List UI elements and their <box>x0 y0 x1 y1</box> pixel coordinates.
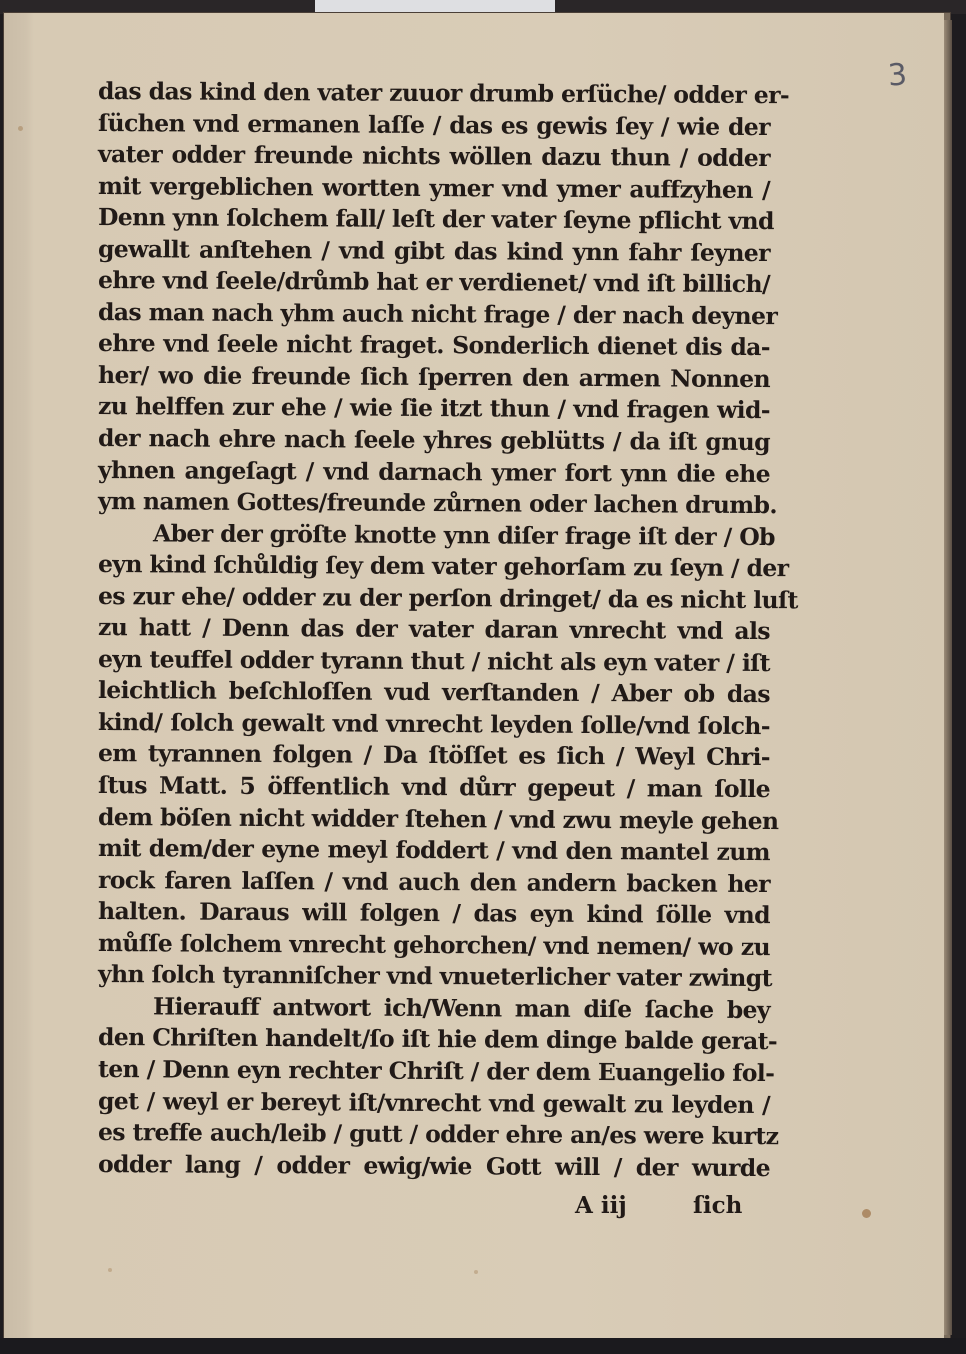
text-line: rock faren laſſen / vnd auch den andern … <box>98 865 770 901</box>
text-line: ten / Denn eyn rechter Chriſt / der dem … <box>98 1054 770 1090</box>
text-line: den Chriſten handelt/ſo iſt hie dem ding… <box>98 1022 770 1058</box>
text-line: halten. Daraus will folgen / das eyn kin… <box>98 896 770 932</box>
text-line: eyn teuffel odder tyrann thut / nicht al… <box>98 644 770 680</box>
scan-background-bottom <box>0 1338 966 1354</box>
text-line: yhn ſolch tyranniſcher vnd vnueterlicher… <box>98 959 770 995</box>
text-line: em tyrannen folgen / Da ſtöſſet es ſich … <box>98 738 770 774</box>
text-line: leichtlich beſchloſſen vud verſtanden / … <box>98 675 770 711</box>
foxing-spot <box>862 1209 871 1218</box>
text-line: get / weyl er bereyt iſt/vnrecht vnd gew… <box>98 1086 770 1122</box>
text-line: kind/ ſolch gewalt vnd vnrecht leyden ſo… <box>98 707 770 743</box>
text-line: zu hatt / Denn das der vater daran vnrec… <box>98 612 770 648</box>
signature-mark: A iij <box>575 1192 627 1219</box>
paragraph-start-line: Hierauff antwort ich/Wenn man diſe ſache… <box>98 991 770 1027</box>
text-line: es treffe auch/leib / gutt / odder ehre … <box>98 1117 770 1153</box>
text-line: odder lang / odder ewig/wie Gott will / … <box>98 1149 770 1185</box>
text-line: yhnen angeſagt / vnd darnach ymer fort y… <box>98 455 770 491</box>
foxing-spot <box>108 1268 112 1272</box>
text-line: zu helffen zur ehe / wie ſie itzt thun /… <box>98 391 770 427</box>
text-line: eyn kind ſchůldig ſey dem vater gehorſam… <box>98 549 770 585</box>
text-line: der nach ehre nach ſeele yhres geblütts … <box>98 423 770 459</box>
handwritten-page-number: 3 <box>887 57 908 93</box>
text-line: mit vergeblichen wortten ymer vnd ymer a… <box>98 171 770 207</box>
text-line: ehre vnd ſeele nicht fraget. Sonderlich … <box>98 328 770 364</box>
text-line: das man nach yhm auch nicht frage / der … <box>98 297 770 333</box>
text-line: můſſe ſolchem vnrecht gehorchen/ vnd nem… <box>98 928 770 964</box>
body-text: das das kind den vater zuuor drumb erſüc… <box>98 76 770 1180</box>
text-line: ehre vnd ſeele/drůmb hat er verdienet/ v… <box>98 265 770 301</box>
text-line: dem böſen nicht widder ſtehen / vnd zwu … <box>98 802 770 838</box>
foxing-spot <box>18 126 23 131</box>
foxing-spot <box>474 1270 478 1274</box>
text-line: gewallt anſtehen / vnd gibt das kind ynn… <box>98 234 770 270</box>
paragraph-start-line: Aber der gröſte knotte ynn diſer frage i… <box>98 518 770 554</box>
text-line: mit dem/der eyne meyl foddert / vnd den … <box>98 833 770 869</box>
text-line: ſüchen vnd ermanen laſſe / das es gewis … <box>98 108 770 144</box>
text-line: ym namen Gottes/freunde zůrnen oder lach… <box>98 486 770 522</box>
text-line: her/ wo die freunde ſich ſperren den arm… <box>98 360 770 396</box>
text-line: Denn ynn ſolchem fall/ leſt der vater ſe… <box>98 202 770 238</box>
catchword: ſich <box>693 1192 742 1219</box>
text-line: das das kind den vater zuuor drumb erſüc… <box>98 76 770 112</box>
text-line: es zur ehe/ odder zu der perſon dringet/… <box>98 581 770 617</box>
text-line: ſtus Matt. 5 öffentlich vnd důrr gepeut … <box>98 770 770 806</box>
page-edge <box>944 20 952 1335</box>
text-line: vater odder freunde nichts wöllen dazu t… <box>98 139 770 175</box>
